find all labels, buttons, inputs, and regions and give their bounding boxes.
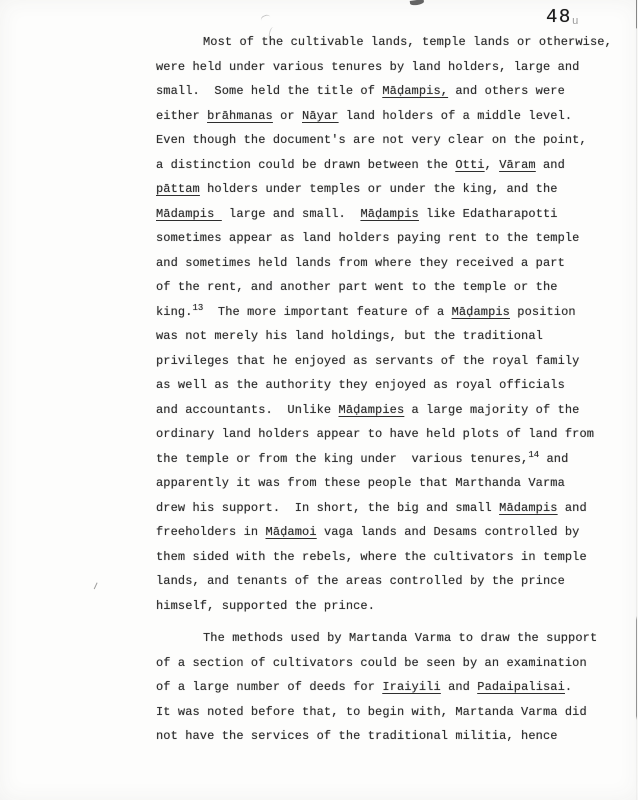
underlined-term: Padaipalisai bbox=[477, 680, 565, 694]
pencil-mark bbox=[260, 13, 273, 25]
text-segment: the temple or from the king under variou… bbox=[156, 452, 528, 466]
text-segment: sometimes appear as land holders paying … bbox=[156, 231, 579, 245]
text-segment: and bbox=[558, 501, 587, 515]
text-line: pāttam holders under temples or under th… bbox=[156, 177, 626, 202]
text-segment: of the rent, and another part went to th… bbox=[156, 280, 558, 294]
text-segment: of a large number of deeds for bbox=[156, 680, 382, 694]
text-segment: land holders of a middle level. bbox=[339, 109, 573, 123]
page-number-value: 48 bbox=[546, 6, 572, 28]
paragraph-1: Most of the cultivable lands, temple lan… bbox=[156, 30, 626, 618]
footnote-ref-13: 13 bbox=[193, 303, 204, 313]
text-segment: were held under various tenures by land … bbox=[156, 60, 579, 74]
text-segment: lands, and tenants of the areas controll… bbox=[156, 574, 565, 588]
text-line: as well as the authority they enjoyed as… bbox=[156, 373, 626, 398]
text-line: It was noted before that, to begin with,… bbox=[156, 700, 626, 725]
text-line: them sided with the rebels, where the cu… bbox=[156, 545, 626, 570]
scanned-page: 48u Most of the cultivable lands, temple… bbox=[0, 0, 638, 800]
text-segment: holders under temples or under the king,… bbox=[200, 182, 558, 196]
text-segment: vaga lands and Desams controlled by bbox=[317, 525, 580, 539]
underlined-term: Mādampis bbox=[499, 501, 557, 515]
underlined-term: Nāyar bbox=[302, 109, 339, 123]
underlined-term: Māḍampis, bbox=[382, 84, 448, 98]
text-line: sometimes appear as land holders paying … bbox=[156, 226, 626, 251]
text-line: was not merely his land holdings, but th… bbox=[156, 324, 626, 349]
underlined-term: Mādampis bbox=[156, 207, 222, 221]
scan-edge-line bbox=[636, 0, 638, 800]
text-line: of the rent, and another part went to th… bbox=[156, 275, 626, 300]
text-line: either brāhmanas or Nāyar land holders o… bbox=[156, 104, 626, 129]
text-segment: and bbox=[441, 680, 478, 694]
text-line: a distinction could be drawn between the… bbox=[156, 153, 626, 178]
text-segment: large and small. bbox=[222, 207, 361, 221]
text-segment: and accountants. Unlike bbox=[156, 403, 339, 417]
text-line: small. Some held the title of Māḍampis, … bbox=[156, 79, 626, 104]
text-segment: , bbox=[485, 158, 500, 172]
text-line: were held under various tenures by land … bbox=[156, 55, 626, 80]
text-line: privileges that he enjoyed as servants o… bbox=[156, 349, 626, 374]
text-line: Even though the document's are not very … bbox=[156, 128, 626, 153]
text-segment: and bbox=[536, 158, 565, 172]
text-segment: and bbox=[539, 452, 568, 466]
text-segment: was not merely his land holdings, but th… bbox=[156, 329, 543, 343]
text-segment: privileges that he enjoyed as servants o… bbox=[156, 354, 579, 368]
underlined-term: Māḍampis bbox=[360, 207, 418, 221]
text-line: ordinary land holders appear to have hel… bbox=[156, 422, 626, 447]
text-segment: not have the services of the traditional… bbox=[156, 729, 558, 743]
text-line: The methods used by Martanda Varma to dr… bbox=[156, 626, 626, 651]
page-number: 48u bbox=[546, 6, 578, 28]
text-segment: of a section of cultivators could be see… bbox=[156, 656, 587, 670]
text-line: king.13 The more important feature of a … bbox=[156, 300, 626, 325]
text-segment: The more important feature of a bbox=[203, 305, 451, 319]
text-segment: Most of the cultivable lands, temple lan… bbox=[203, 35, 612, 49]
text-segment: and sometimes held lands from where they… bbox=[156, 256, 565, 270]
text-segment: The methods used by Martanda Varma to dr… bbox=[203, 631, 597, 645]
text-segment: like Edatharapotti bbox=[419, 207, 558, 221]
text-segment: . bbox=[565, 680, 572, 694]
text-segment: a large majority of the bbox=[404, 403, 579, 417]
text-segment: freeholders in bbox=[156, 525, 266, 539]
underlined-term: Māḍampies bbox=[339, 403, 405, 417]
underlined-term: pāttam bbox=[156, 182, 200, 196]
text-line: drew his support. In short, the big and … bbox=[156, 496, 626, 521]
underlined-term: brāhmanas bbox=[207, 109, 273, 123]
text-segment: as well as the authority they enjoyed as… bbox=[156, 378, 565, 392]
text-line: the temple or from the king under variou… bbox=[156, 447, 626, 472]
text-line: of a large number of deeds for Iraiyili … bbox=[156, 675, 626, 700]
text-segment: It was noted before that, to begin with,… bbox=[156, 705, 587, 719]
stray-ink-mark bbox=[94, 582, 101, 590]
text-line: not have the services of the traditional… bbox=[156, 724, 626, 749]
underlined-term: Iraiyili bbox=[382, 680, 440, 694]
text-line: himself, supported the prince. bbox=[156, 594, 626, 619]
underlined-term: Māḍampis bbox=[452, 305, 510, 319]
text-segment: king. bbox=[156, 305, 193, 319]
underlined-term: Otti bbox=[455, 158, 484, 172]
document-body: Most of the cultivable lands, temple lan… bbox=[156, 30, 626, 749]
text-segment: small. Some held the title of bbox=[156, 84, 382, 98]
text-segment: position bbox=[510, 305, 576, 319]
text-segment: ordinary land holders appear to have hel… bbox=[156, 427, 594, 441]
underlined-term: Vāram bbox=[499, 158, 536, 172]
text-line: Most of the cultivable lands, temple lan… bbox=[156, 30, 626, 55]
text-segment: either bbox=[156, 109, 207, 123]
footnote-ref-14: 14 bbox=[528, 450, 539, 460]
text-line: and sometimes held lands from where they… bbox=[156, 251, 626, 276]
page-number-faint-mark: u bbox=[572, 16, 579, 28]
text-line: Mādampis large and small. Māḍampis like … bbox=[156, 202, 626, 227]
ink-smudge-top bbox=[410, 0, 425, 6]
text-line: of a section of cultivators could be see… bbox=[156, 651, 626, 676]
text-segment: or bbox=[273, 109, 302, 123]
text-segment: and others were bbox=[448, 84, 565, 98]
text-line: and accountants. Unlike Māḍampies a larg… bbox=[156, 398, 626, 423]
text-line: apparently it was from these people that… bbox=[156, 471, 626, 496]
text-segment: himself, supported the prince. bbox=[156, 599, 375, 613]
text-segment: a distinction could be drawn between the bbox=[156, 158, 455, 172]
text-line: lands, and tenants of the areas controll… bbox=[156, 569, 626, 594]
paragraph-2: The methods used by Martanda Varma to dr… bbox=[156, 626, 626, 749]
text-line: freeholders in Māḍamoi vaga lands and De… bbox=[156, 520, 626, 545]
underlined-term: Māḍamoi bbox=[266, 525, 317, 539]
text-segment: Even though the document's are not very … bbox=[156, 133, 587, 147]
text-segment: them sided with the rebels, where the cu… bbox=[156, 550, 587, 564]
text-segment: drew his support. In short, the big and … bbox=[156, 501, 499, 515]
text-segment: apparently it was from these people that… bbox=[156, 476, 565, 490]
